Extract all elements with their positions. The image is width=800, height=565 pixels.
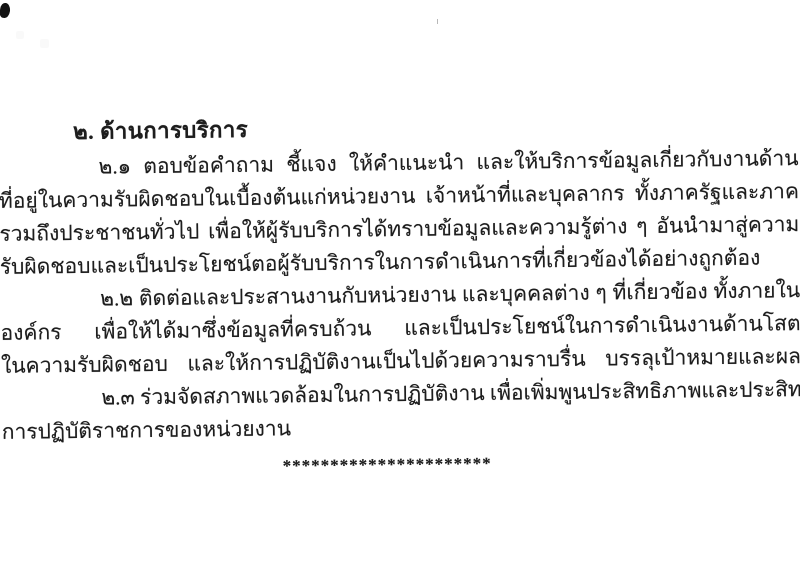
document-content: ๒. ด้านการบริการ ๒.๑ ตอบข้อคำถาม ชี้แจง … bbox=[0, 0, 800, 565]
asterisk-separator: ********************** bbox=[2, 450, 772, 479]
scanned-document-page: ๒. ด้านการบริการ ๒.๑ ตอบข้อคำถาม ชี้แจง … bbox=[0, 0, 800, 565]
body-text-block: ๒.๑ ตอบข้อคำถาม ชี้แจง ให้คำแนะนำ และให้… bbox=[0, 142, 800, 449]
section-heading: ๒. ด้านการบริการ bbox=[73, 112, 248, 149]
